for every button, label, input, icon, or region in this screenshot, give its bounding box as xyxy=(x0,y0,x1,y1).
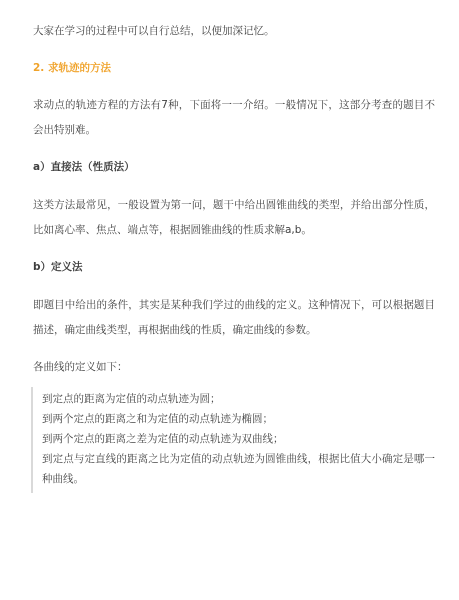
method-a-heading: a）直接法（性质法） xyxy=(33,155,435,180)
definitions-lead: 各曲线的定义如下： xyxy=(33,355,435,380)
section-heading: 2. 求轨迹的方法 xyxy=(33,56,435,81)
article-page: 大家在学习的过程中可以自行总结，以便加深记忆。 2. 求轨迹的方法 求动点的轨迹… xyxy=(0,0,459,600)
definition-item: 到两个定点的距离之差为定值的动点轨迹为双曲线； xyxy=(42,429,435,449)
method-b-heading: b）定义法 xyxy=(33,255,435,280)
method-a-paragraph: 这类方法最常见，一般设置为第一问，题干中给出圆锥曲线的类型，并给出部分性质，比如… xyxy=(33,193,435,243)
definition-item: 到定点的距离为定值的动点轨迹为圆； xyxy=(42,389,435,409)
definition-item: 到定点与定直线的距离之比为定值的动点轨迹为圆锥曲线，根据比值大小确定是哪一种曲线… xyxy=(42,449,435,489)
section-intro-paragraph: 求动点的轨迹方程的方法有7种，下面将一一介绍。一般情况下，这部分考查的题目不会出… xyxy=(33,93,435,143)
definition-item: 到两个定点的距离之和为定值的动点轨迹为椭圆； xyxy=(42,409,435,429)
intro-paragraph: 大家在学习的过程中可以自行总结，以便加深记忆。 xyxy=(33,19,435,44)
definitions-quote-block: 到定点的距离为定值的动点轨迹为圆； 到两个定点的距离之和为定值的动点轨迹为椭圆；… xyxy=(31,387,435,493)
method-b-paragraph: 即题目中给出的条件，其实是某种我们学过的曲线的定义。这种情况下，可以根据题目描述… xyxy=(33,293,435,343)
